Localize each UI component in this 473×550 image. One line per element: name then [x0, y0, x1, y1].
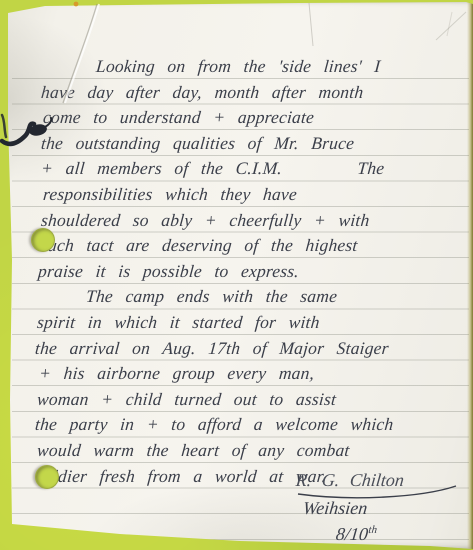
punch-hole-bottom: [35, 465, 59, 489]
signature-name: R. G. Chilton: [295, 470, 405, 491]
signature-date-suffix: th: [368, 524, 378, 536]
letter-line: the arrival on Aug. 17th of Major Staige…: [34, 336, 465, 362]
letter-line: the party in + to afford a welcome which: [34, 412, 465, 438]
letter-line: have day after day, month after month: [40, 80, 465, 106]
letter-line: Looking on from the 'side lines' I: [95, 54, 465, 80]
signature-date: 8/10th: [335, 524, 378, 545]
letter-body: Looking on from the 'side lines' I have …: [36, 54, 463, 489]
letter-line: come to understand + appreciate: [42, 105, 465, 131]
signature-place: Weihsien: [302, 498, 369, 519]
letter-line: shouldered so ably + cheerfully + with: [40, 208, 465, 234]
letter-line: The camp ends with the same: [85, 284, 465, 310]
letter-line: would warm the heart of any combat: [36, 438, 465, 464]
signature-date-value: 8/10: [335, 524, 369, 544]
letter-line: soldier fresh from a world at war.: [36, 464, 465, 490]
letter-line: + his airborne group every man,: [38, 361, 465, 387]
letter-line: responsibilities which they have: [42, 182, 465, 208]
scanned-letter: Looking on from the 'side lines' I have …: [0, 0, 473, 550]
punch-hole-top: [31, 228, 55, 252]
letter-line: + all members of the C.I.M. The: [40, 156, 465, 182]
letter-line: spirit in which it started for with: [36, 310, 465, 336]
letter-line: praise it is possible to express.: [37, 259, 465, 285]
letter-line: woman + child turned out to assist: [36, 387, 465, 413]
letter-line: such tact are deserving of the highest: [40, 233, 465, 259]
letter-line: the outstanding qualities of Mr. Bruce: [40, 131, 465, 157]
scan-edge-strip: [467, 0, 473, 550]
letter-paper: Looking on from the 'side lines' I have …: [0, 0, 473, 550]
ruled-lines: [12, 78, 469, 540]
